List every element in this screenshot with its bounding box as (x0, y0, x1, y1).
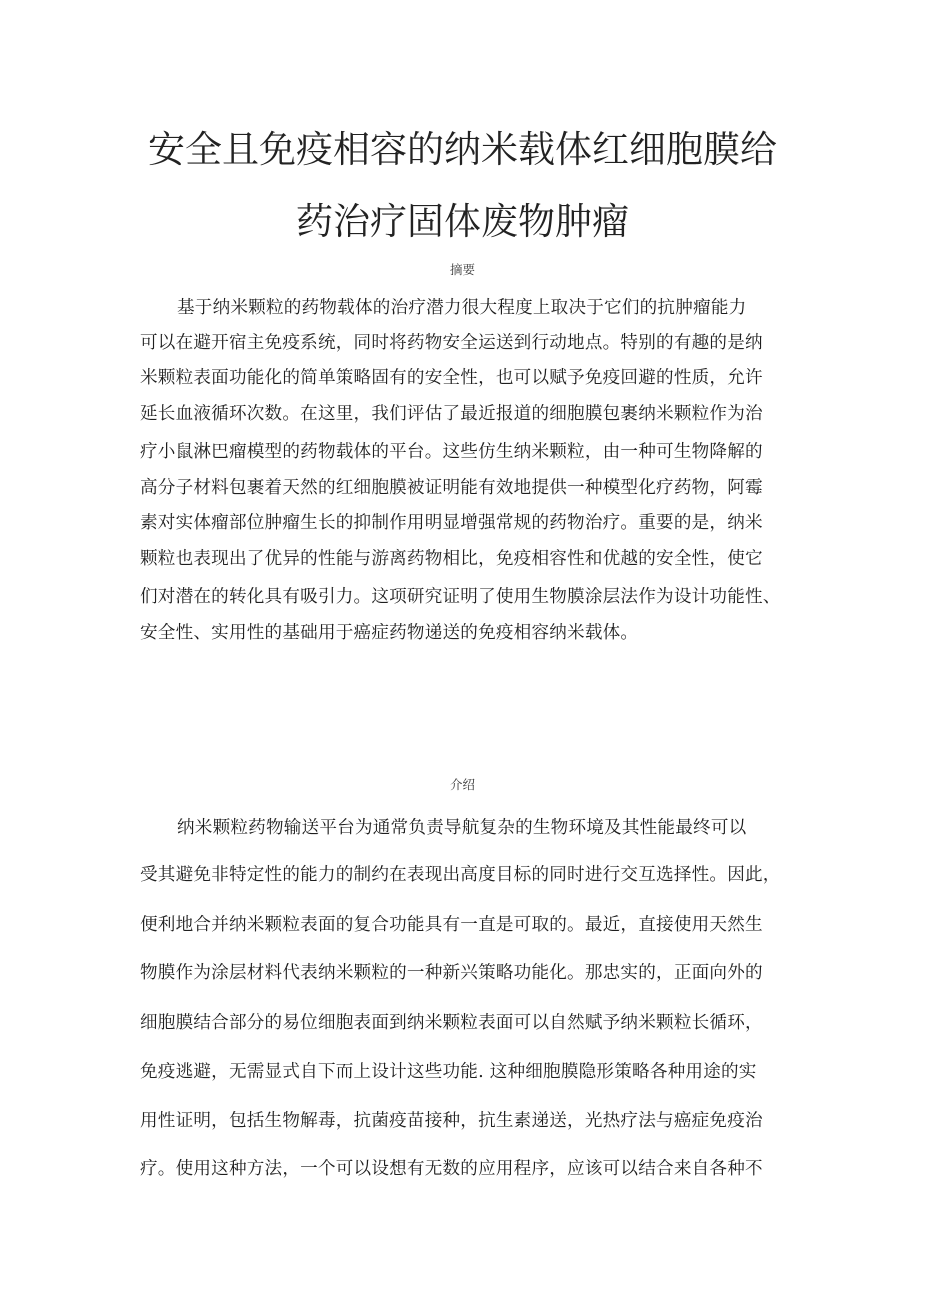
introduction-line: 细胞膜结合部分的易位细胞表面到纳米颗粒表面可以自然赋予纳米颗粒长循环， (140, 1012, 800, 1034)
introduction-line: 物膜作为涂层材料代表纳米颗粒的一种新兴策略功能化。那忠实的，正面向外的 (140, 962, 800, 984)
abstract-line: 素对实体瘤部位肿瘤生长的抑制作用明显增强常规的药物治疗。重要的是，纳米 (140, 512, 800, 534)
abstract-line: 高分子材料包裹着天然的红细胞膜被证明能有效地提供一种模型化疗药物，阿霉 (140, 477, 800, 499)
abstract-line: 米颗粒表面功能化的简单策略固有的安全性，也可以赋予免疫回避的性质，允许 (140, 367, 800, 389)
introduction-line: 受其避免非特定性的能力的制约在表现出高度目标的同时进行交互选择性。因此， (140, 864, 800, 886)
introduction-line: 疗。使用这种方法，一个可以设想有无数的应用程序，应该可以结合来自各种不 (140, 1158, 800, 1180)
abstract-heading: 摘要 (0, 262, 925, 278)
introduction-line: 纳米颗粒药物输送平台为通常负责导航复杂的生物环境及其性能最终可以 (177, 817, 837, 839)
introduction-line: 免疫逃避，无需显式自下而上设计这些功能. 这种细胞膜隐形策略各种用途的实 (140, 1061, 800, 1083)
abstract-line: 颗粒也表现出了优异的性能与游离药物相比，免疫相容性和优越的安全性，使它 (140, 548, 800, 570)
abstract-line: 可以在避开宿主免疫系统，同时将药物安全运送到行动地点。特别的有趣的是纳 (140, 332, 800, 354)
document-title-line-2: 药治疗固体废物肿瘤 (0, 200, 925, 244)
introduction-heading: 介绍 (0, 777, 925, 793)
abstract-line: 疗小鼠淋巴瘤模型的药物载体的平台。这些仿生纳米颗粒，由一种可生物降解的 (140, 441, 800, 463)
document-page: 安全且免疫相容的纳米载体红细胞膜给 药治疗固体废物肿瘤 摘要 基于纳米颗粒的药物… (0, 0, 925, 1309)
abstract-line: 延长血液循环次数。在这里，我们评估了最近报道的细胞膜包裹纳米颗粒作为治 (140, 403, 800, 425)
abstract-line: 们对潜在的转化具有吸引力。这项研究证明了使用生物膜涂层法作为设计功能性、 (140, 586, 800, 608)
abstract-line: 安全性、实用性的基础用于癌症药物递送的免疫相容纳米载体。 (140, 622, 800, 644)
introduction-line: 便利地合并纳米颗粒表面的复合功能具有一直是可取的。最近，直接使用天然生 (140, 914, 800, 936)
document-title-line-1: 安全且免疫相容的纳米载体红细胞膜给 (0, 128, 925, 172)
introduction-line: 用性证明，包括生物解毒，抗菌疫苗接种，抗生素递送，光热疗法与癌症免疫治 (140, 1110, 800, 1132)
abstract-line: 基于纳米颗粒的药物载体的治疗潜力很大程度上取决于它们的抗肿瘤能力 (177, 297, 837, 319)
